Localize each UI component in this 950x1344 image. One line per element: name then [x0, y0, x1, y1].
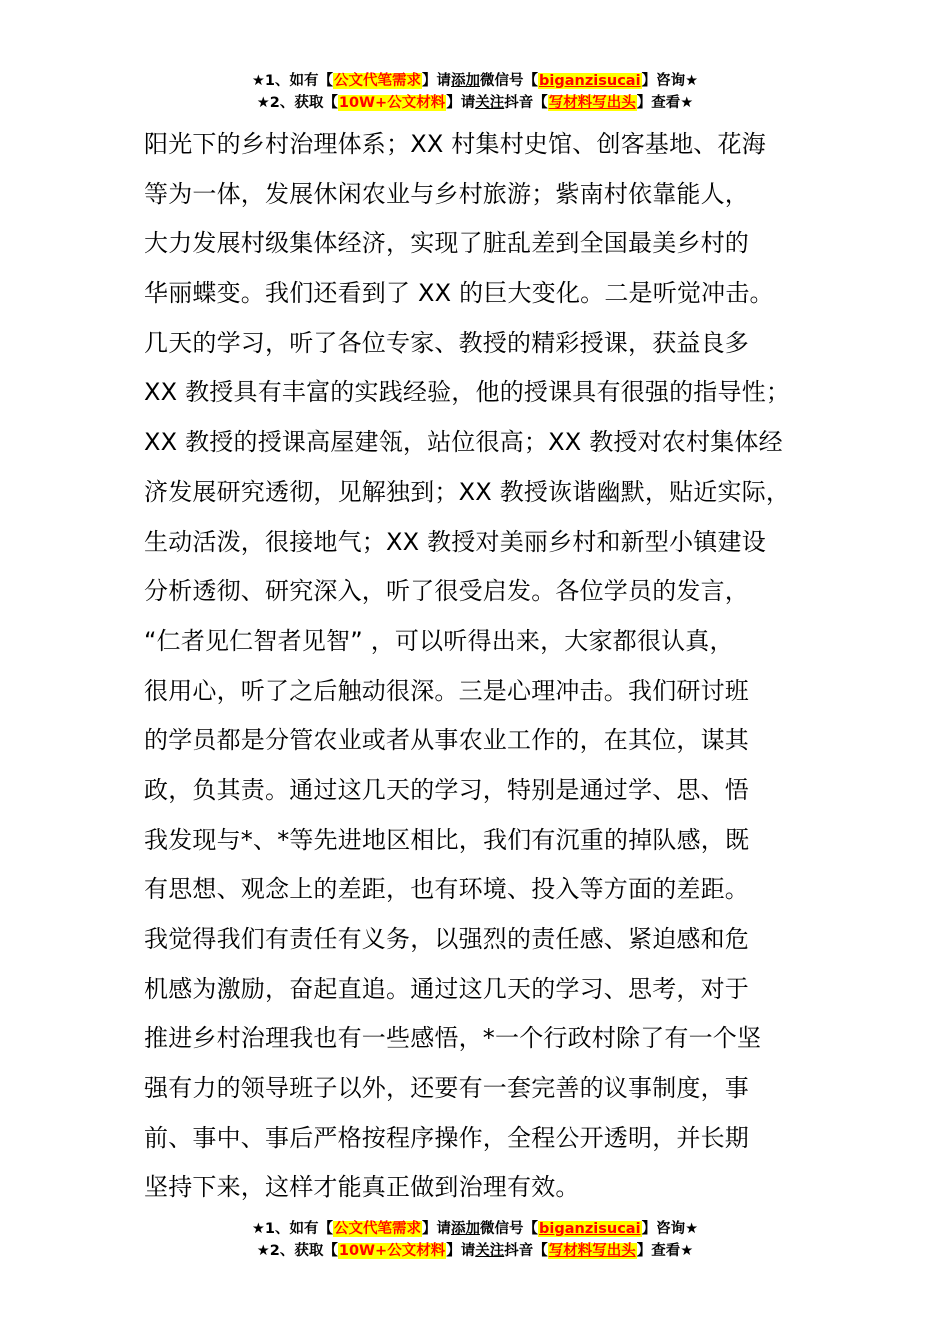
- highlight-douyin-account: 写材料写出头: [548, 95, 637, 111]
- promo-text: 】请: [446, 1243, 475, 1259]
- body-line: 机感为激励，奋起直追。通过这几天的学习、思考，对于: [144, 965, 844, 1015]
- underlined-follow: 关注: [475, 95, 504, 111]
- promo-text: 】请: [422, 73, 451, 89]
- body-line: 大力发展村级集体经济，实现了脏乱差到全国最美乡村的: [144, 219, 844, 269]
- promo-text: 抖音【: [504, 95, 548, 111]
- body-line: 分析透彻、研究深入，听了很受启发。各位学员的发言，: [144, 567, 844, 617]
- body-line: 政，负其责。通过这几天的学习，特别是通过学、思、悟: [144, 766, 844, 816]
- body-line: 华丽蝶变。我们还看到了 XX 的巨大变化。二是听觉冲击。: [144, 269, 844, 319]
- highlight-materials: 10W+公文材料: [338, 95, 446, 111]
- highlight-materials: 10W+公文材料: [338, 1243, 446, 1259]
- body-line: “仁者见仁智者见智” ，可以听得出来，大家都很认真，: [144, 617, 844, 667]
- body-line: XX 教授的授课高屋建瓴，站位很高；XX 教授对农村集体经: [144, 418, 844, 468]
- body-line: 等为一体，发展休闲农业与乡村旅游；紫南村依靠能人，: [144, 170, 844, 220]
- body-line: 前、事中、事后严格按程序操作，全程公开透明，并长期: [144, 1114, 844, 1164]
- body-line: 强有力的领导班子以外，还要有一套完善的议事制度，事: [144, 1064, 844, 1114]
- promo-text: 】查看★: [637, 95, 694, 111]
- promo-text: 】查看★: [637, 1243, 694, 1259]
- body-line: 阳光下的乡村治理体系；XX 村集村史馆、创客基地、花海: [144, 120, 844, 170]
- body-line: 济发展研究透彻，见解独到；XX 教授诙谐幽默，贴近实际，: [144, 468, 844, 518]
- body-line: 很用心，听了之后触动很深。三是心理冲击。我们研讨班: [144, 667, 844, 717]
- body-line: 坚持下来，这样才能真正做到治理有效。: [144, 1163, 844, 1213]
- promo-text: 微信号【: [480, 1221, 538, 1237]
- promo-text: 微信号【: [480, 73, 538, 89]
- body-line: 的学员都是分管农业或者从事农业工作的，在其位，谋其: [144, 716, 844, 766]
- promo-line-1: ★1、如有【公文代笔需求】请添加微信号【biganzisucai】咨询★: [0, 1218, 950, 1240]
- promo-text: 】请: [446, 95, 475, 111]
- document-body: 阳光下的乡村治理体系；XX 村集村史馆、创客基地、花海 等为一体，发展休闲农业与…: [144, 120, 844, 1213]
- promo-text: ★1、如有【: [252, 1221, 333, 1237]
- body-line: 推进乡村治理我也有一些感悟，*一个行政村除了有一个坚: [144, 1014, 844, 1064]
- body-line: 我发现与*、*等先进地区相比，我们有沉重的掉队感，既: [144, 816, 844, 866]
- promo-footer: ★1、如有【公文代笔需求】请添加微信号【biganzisucai】咨询★ ★2、…: [0, 1218, 950, 1262]
- underlined-follow: 关注: [475, 1243, 504, 1259]
- promo-line-1: ★1、如有【公文代笔需求】请添加微信号【biganzisucai】咨询★: [0, 70, 950, 92]
- underlined-add: 添加: [451, 1221, 480, 1237]
- promo-line-2: ★2、获取【10W+公文材料】请关注抖音【写材料写出头】查看★: [0, 92, 950, 114]
- promo-text: 】咨询★: [642, 1221, 699, 1237]
- highlight-ghostwriting: 公文代笔需求: [333, 73, 422, 89]
- promo-header: ★1、如有【公文代笔需求】请添加微信号【biganzisucai】咨询★ ★2、…: [0, 70, 950, 114]
- promo-text: ★1、如有【: [252, 73, 333, 89]
- body-line: 几天的学习，听了各位专家、教授的精彩授课，获益良多: [144, 319, 844, 369]
- promo-text: ★2、获取【: [257, 95, 338, 111]
- promo-text: 抖音【: [504, 1243, 548, 1259]
- body-line: XX 教授具有丰富的实践经验，他的授课具有很强的指导性；: [144, 368, 844, 418]
- body-line: 我觉得我们有责任有义务，以强烈的责任感、紧迫感和危: [144, 915, 844, 965]
- promo-text: 】请: [422, 1221, 451, 1237]
- highlight-wechat-id: biganzisucai: [538, 1221, 642, 1237]
- promo-text: 】咨询★: [642, 73, 699, 89]
- promo-line-2: ★2、获取【10W+公文材料】请关注抖音【写材料写出头】查看★: [0, 1240, 950, 1262]
- highlight-douyin-account: 写材料写出头: [548, 1243, 637, 1259]
- highlight-ghostwriting: 公文代笔需求: [333, 1221, 422, 1237]
- underlined-add: 添加: [451, 73, 480, 89]
- promo-text: ★2、获取【: [257, 1243, 338, 1259]
- body-line: 生动活泼，很接地气；XX 教授对美丽乡村和新型小镇建设: [144, 518, 844, 568]
- highlight-wechat-id: biganzisucai: [538, 73, 642, 89]
- body-line: 有思想、观念上的差距，也有环境、投入等方面的差距。: [144, 865, 844, 915]
